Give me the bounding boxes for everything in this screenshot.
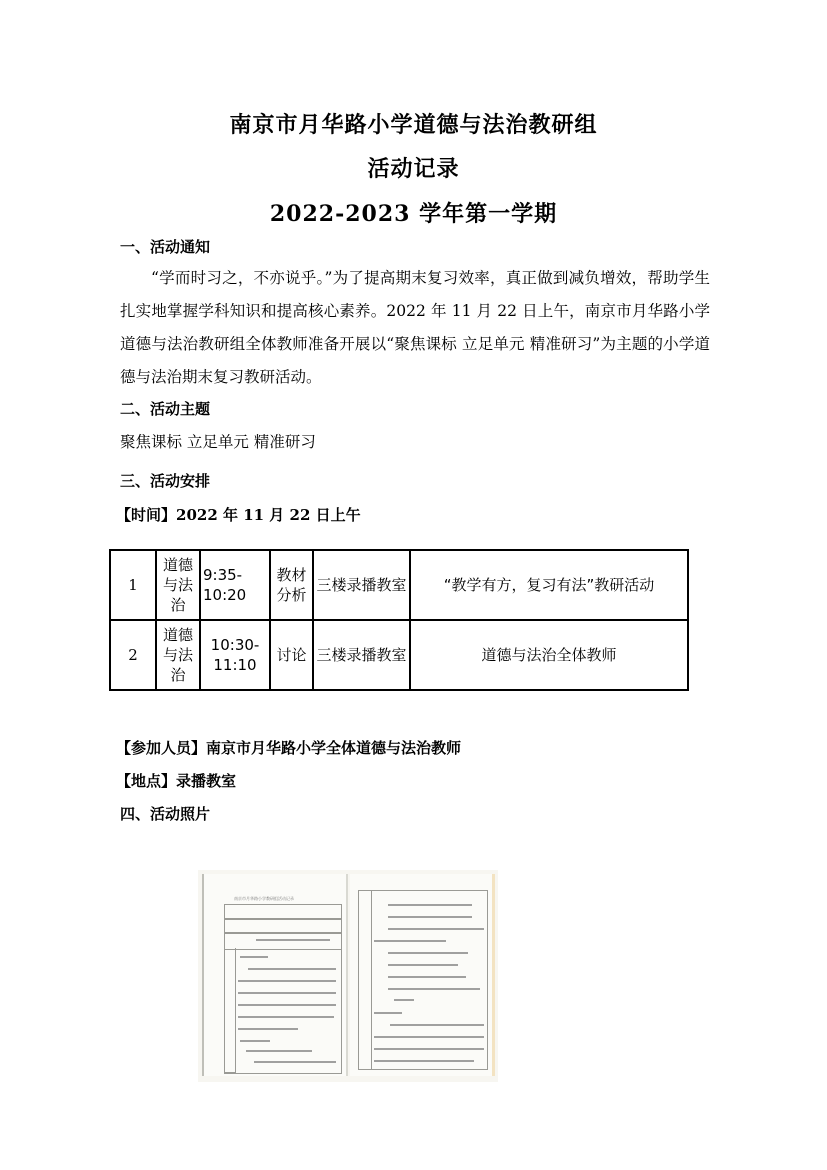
time-cell: 10:30-11:10 <box>200 620 270 690</box>
table-row: 2 道德与法治 10:30-11:10 讨论 三楼录播教室 道德与法治全体教师 <box>110 620 688 690</box>
section-heading-theme: 二、活动主题 <box>120 398 210 419</box>
content-cell: “教学有方，复习有法”教研活动 <box>410 550 688 620</box>
photo-caption: 南京市月华路小学教研组活动记录 <box>234 896 294 902</box>
semester-title: 2022-2023 学年第一学期 <box>0 197 827 228</box>
table-row: 1 道德与法治 9:35-10:20 教材分析 三楼录播教室 “教学有方，复习有… <box>110 550 688 620</box>
time-value: 2022 年 11 月 22 日上午 <box>176 506 361 524</box>
activity-photo: 南京市月华路小学教研组活动记录 <box>198 870 498 1082</box>
section-heading-photos: 四、活动照片 <box>120 803 210 824</box>
participants-line: 【参加人员】南京市月华路小学全体道德与法治教师 <box>116 737 461 758</box>
document-subtitle: 活动记录 <box>0 152 827 183</box>
notebook-right-page <box>350 874 495 1076</box>
document-title: 南京市月华路小学道德与法治教研组 <box>0 108 827 139</box>
location-line: 【地点】录播教室 <box>116 770 236 791</box>
participants-label: 【参加人员】 <box>116 739 206 757</box>
notebook-left-page: 南京市月华路小学教研组活动记录 <box>202 874 346 1076</box>
notebook-spine <box>346 874 348 1076</box>
type-cell: 讨论 <box>270 620 313 690</box>
row-number: 1 <box>110 550 156 620</box>
row-number: 2 <box>110 620 156 690</box>
section-heading-arrangement: 三、活动安排 <box>120 470 210 491</box>
participants-value: 南京市月华路小学全体道德与法治教师 <box>206 739 461 757</box>
place-cell: 三楼录播教室 <box>313 550 410 620</box>
time-label: 【时间】 <box>116 506 176 524</box>
notice-paragraph: “学而时习之，不亦说乎。”为了提高期末复习效率，真正做到减负增效，帮助学生扎实地… <box>120 262 710 394</box>
location-value: 录播教室 <box>176 772 236 790</box>
theme-text: 聚焦课标 立足单元 精准研习 <box>120 430 316 452</box>
schedule-table: 1 道德与法治 9:35-10:20 教材分析 三楼录播教室 “教学有方，复习有… <box>109 549 689 691</box>
time-cell: 9:35-10:20 <box>200 550 270 620</box>
section-heading-notice: 一、活动通知 <box>120 236 210 257</box>
subject-cell: 道德与法治 <box>156 620 200 690</box>
time-line: 【时间】2022 年 11 月 22 日上午 <box>116 504 361 525</box>
place-cell: 三楼录播教室 <box>313 620 410 690</box>
content-cell: 道德与法治全体教师 <box>410 620 688 690</box>
type-cell: 教材分析 <box>270 550 313 620</box>
location-label: 【地点】 <box>116 772 176 790</box>
subject-cell: 道德与法治 <box>156 550 200 620</box>
